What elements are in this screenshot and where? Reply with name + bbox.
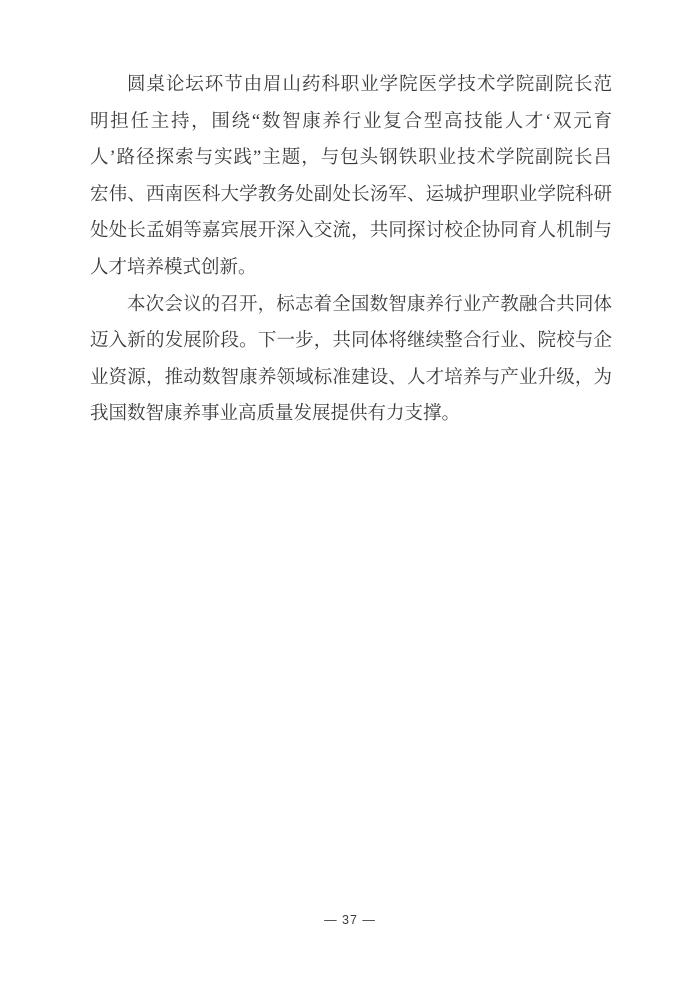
page-number: — 37 — [0,913,700,927]
paragraph-line: 圆桌论坛环节由眉山药科职业学院医学技术学院副院长范 [90,67,612,104]
paragraph-line: 业资源，推动数智康养领域标准建设、人才培养与产业升级，为 [90,360,612,397]
paragraph-2: 本次会议的召开，标志着全国数智康养行业产教融合共同体 迈入新的发展阶段。下一步，… [90,287,612,433]
document-body: 圆桌论坛环节由眉山药科职业学院医学技术学院副院长范 明担任主持，围绕“数智康养行… [90,67,612,433]
paragraph-line: 处处长孟娟等嘉宾展开深入交流，共同探讨校企协同育人机制与 [90,213,612,250]
paragraph-line: 人才培养模式创新。 [90,250,612,287]
paragraph-line: 本次会议的召开，标志着全国数智康养行业产教融合共同体 [90,287,612,324]
paragraph-line: 人’路径探索与实践”主题，与包头钢铁职业技术学院副院长吕 [90,140,612,177]
paragraph-line: 明担任主持，围绕“数智康养行业复合型高技能人才‘双元育 [90,104,612,141]
paragraph-line: 迈入新的发展阶段。下一步，共同体将继续整合行业、院校与企 [90,323,612,360]
paragraph-1: 圆桌论坛环节由眉山药科职业学院医学技术学院副院长范 明担任主持，围绕“数智康养行… [90,67,612,287]
document-page: 圆桌论坛环节由眉山药科职业学院医学技术学院副院长范 明担任主持，围绕“数智康养行… [0,0,700,989]
paragraph-line: 宏伟、西南医科大学教务处副处长汤军、运城护理职业学院科研 [90,177,612,214]
paragraph-line: 我国数智康养事业高质量发展提供有力支撑。 [90,396,612,433]
